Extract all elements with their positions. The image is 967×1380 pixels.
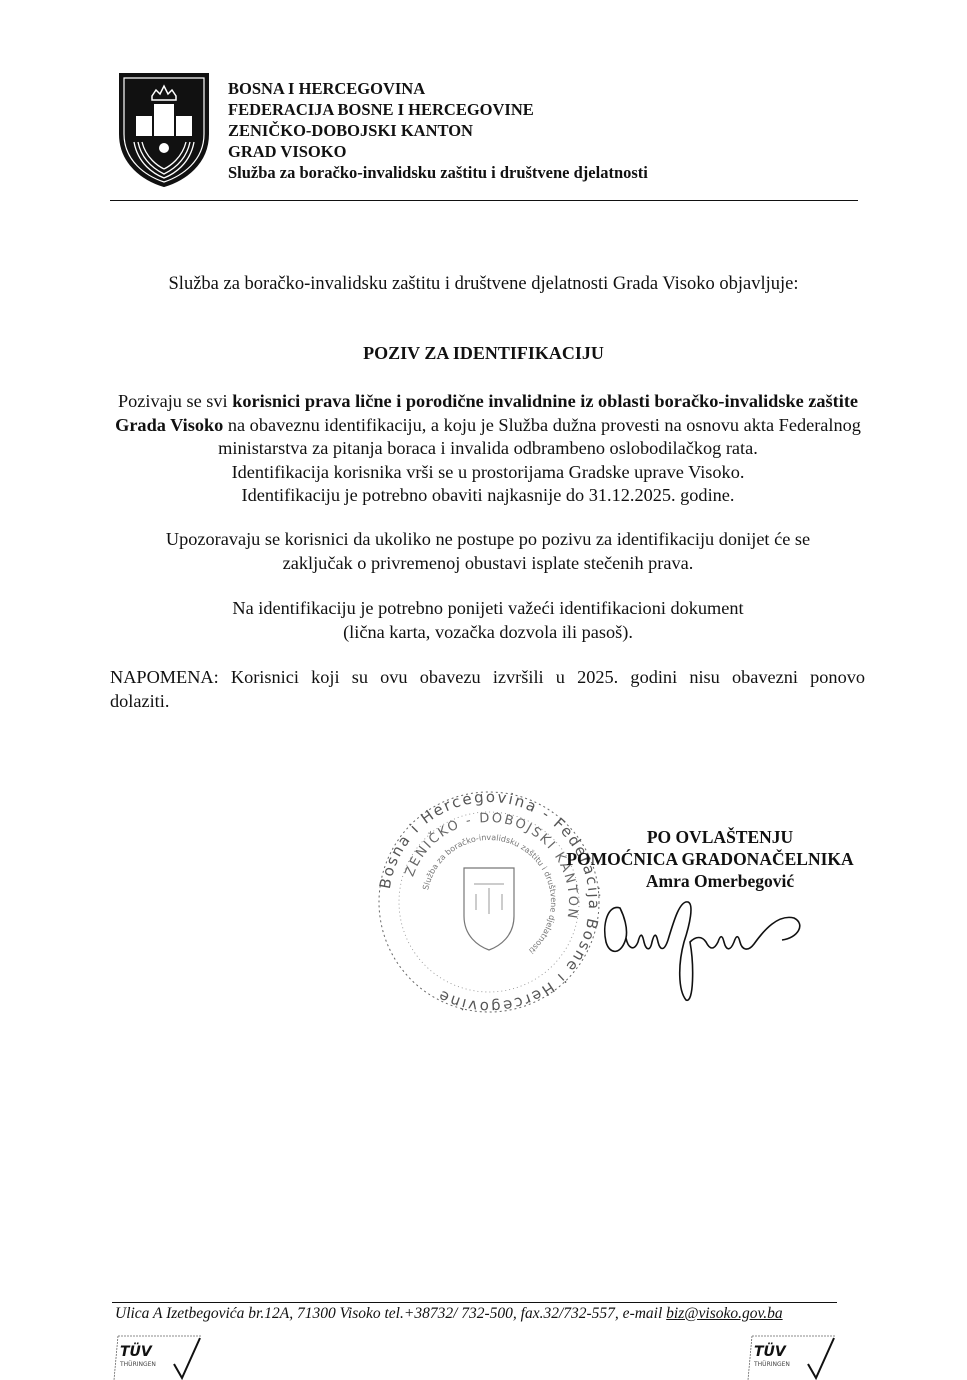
note-line-2: dolaziti. xyxy=(110,691,169,711)
svg-text:Služba za boračko-invalidsku z: Služba za boračko-invalidsku zaštitu i d… xyxy=(421,833,558,955)
letterhead-canton: ZENIČKO-DOBOJSKI KANTON xyxy=(228,120,648,141)
letterhead-department: Služba za boračko-invalidsku zaštitu i d… xyxy=(228,162,648,183)
paragraph-documents: Na identifikaciju je potrebno ponijeti v… xyxy=(108,597,868,644)
footer-email-link[interactable]: biz@visoko.gov.ba xyxy=(666,1305,782,1322)
note-line-1: NAPOMENA: Korisnici koji su ovu obavezu … xyxy=(110,666,865,690)
header-divider xyxy=(110,200,858,201)
warning-line-1: Upozoravaju se korisnici da ukoliko ne p… xyxy=(166,529,810,549)
handwritten-signature-icon xyxy=(598,894,808,1004)
footer-divider xyxy=(112,1302,837,1303)
signatory-title: POMOĆNICA GRADONAČELNIKA xyxy=(540,848,880,870)
documents-line-2: (lična karta, vozačka dozvola ili pasoš)… xyxy=(343,622,633,642)
official-stamp-icon: Bosna i Hercegovina - Federacija Bosne i… xyxy=(376,784,602,1020)
invitation-deadline: Identifikaciju je potrebno obaviti najka… xyxy=(242,485,735,505)
signatory-name: Amra Omerbegović xyxy=(560,870,880,892)
intro-line: Služba za boračko-invalidsku zaštitu i d… xyxy=(0,274,967,295)
signature-block: PO OVLAŠTENJU POMOĆNICA GRADONAČELNIKA A… xyxy=(560,826,880,892)
letterhead-country: BOSNA I HERCEGOVINA xyxy=(228,78,648,99)
paragraph-warning: Upozoravaju se korisnici da ukoliko ne p… xyxy=(108,528,868,575)
tuv-certification-logo-icon: TÜV THÜRINGEN xyxy=(112,1334,204,1380)
svg-text:THÜRINGEN: THÜRINGEN xyxy=(119,1361,156,1368)
svg-text:TÜV: TÜV xyxy=(754,1342,787,1360)
svg-text:THÜRINGEN: THÜRINGEN xyxy=(753,1361,790,1368)
letterhead-federation: FEDERACIJA BOSNE I HERCEGOVINE xyxy=(228,99,648,120)
letterhead-city: GRAD VISOKO xyxy=(228,141,648,162)
paragraph-note: NAPOMENA: Korisnici koji su ovu obavezu … xyxy=(110,666,865,713)
coat-of-arms-icon xyxy=(118,72,210,188)
paragraph-invitation: Pozivaju se svi korisnici prava lične i … xyxy=(108,390,868,508)
footer-contact: Ulica A Izetbegovića br.12A, 71300 Visok… xyxy=(115,1305,783,1323)
invitation-rest: na obaveznu identifikaciju, a koju je Sl… xyxy=(218,415,861,459)
documents-line-1: Na identifikaciju je potrebno ponijeti v… xyxy=(232,598,743,618)
document-title: POZIV ZA IDENTIFIKACIJU xyxy=(0,343,967,364)
warning-line-2: zaključak o privremenoj obustavi isplate… xyxy=(283,553,694,573)
letterhead: BOSNA I HERCEGOVINA FEDERACIJA BOSNE I H… xyxy=(228,78,648,183)
svg-text:TÜV: TÜV xyxy=(120,1342,153,1360)
invitation-location: Identifikacija korisnika vrši se u prost… xyxy=(232,462,745,482)
footer-address: Ulica A Izetbegovića br.12A, 71300 Visok… xyxy=(115,1305,666,1322)
tuv-certification-logo-icon: TÜV THÜRINGEN xyxy=(746,1334,838,1380)
invitation-lead: Pozivaju se svi xyxy=(118,391,232,411)
authorization-label: PO OVLAŠTENJU xyxy=(560,826,880,848)
